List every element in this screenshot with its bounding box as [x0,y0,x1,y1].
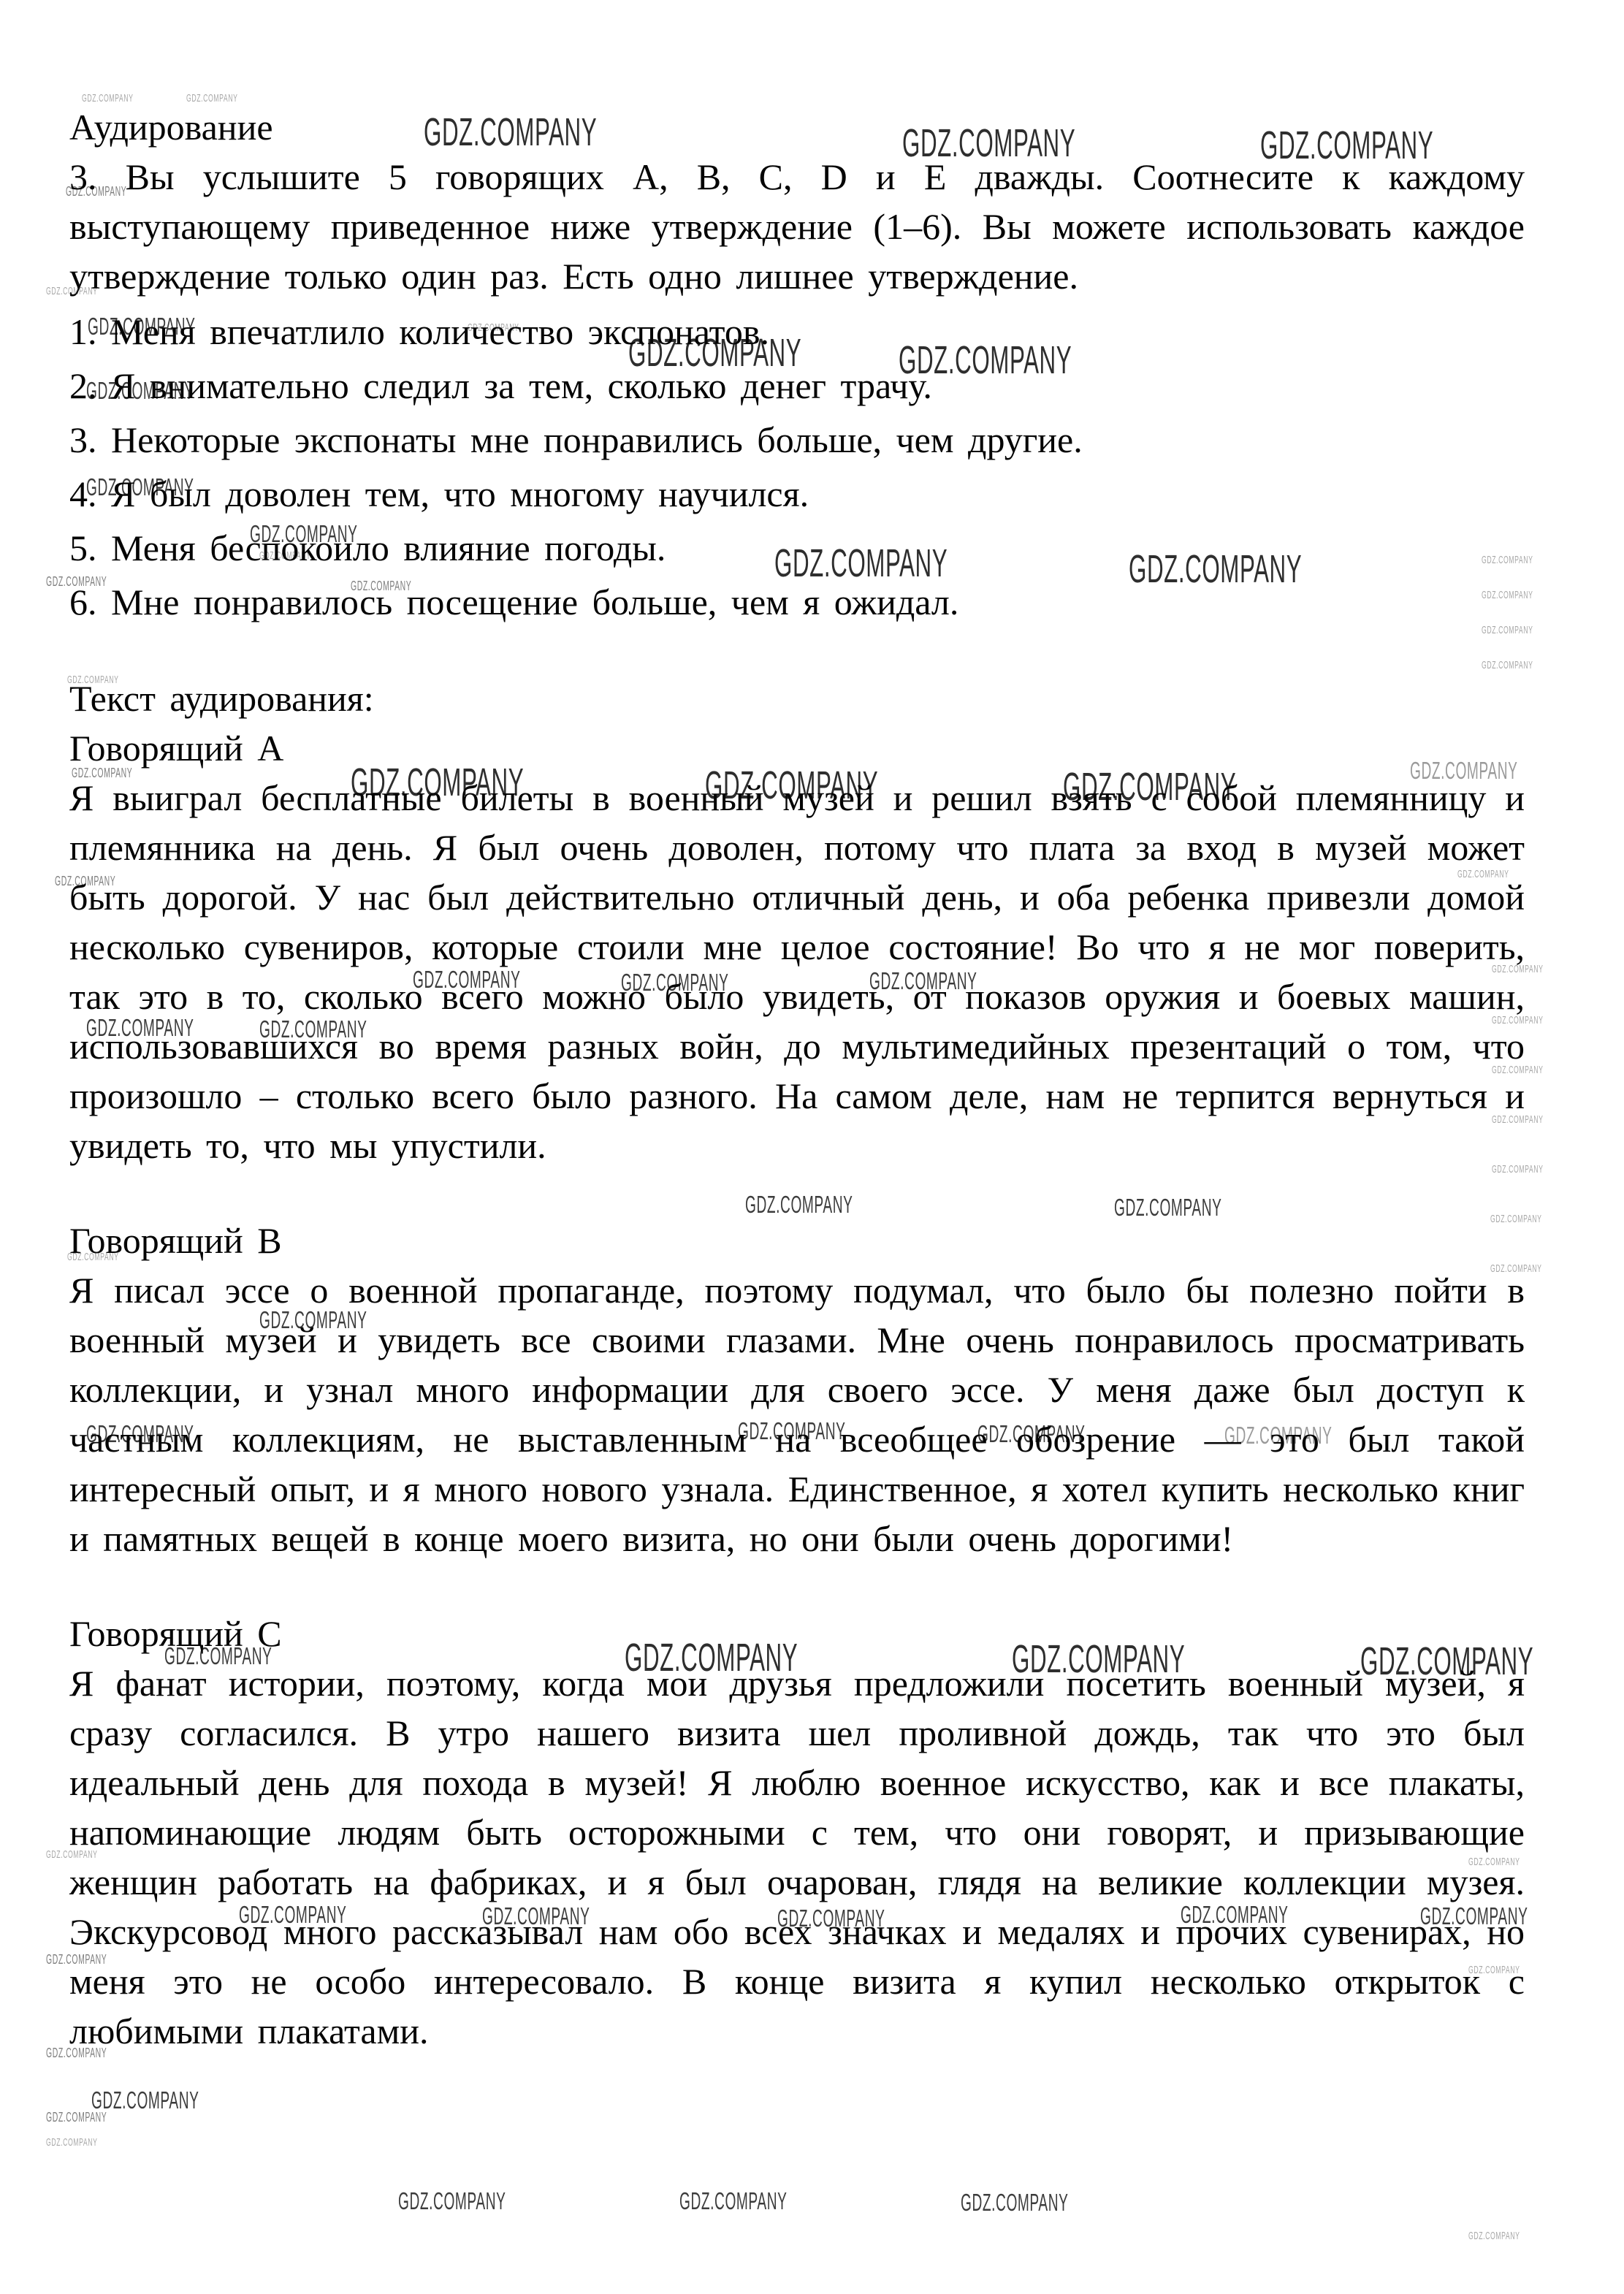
statement-item: 6. Мне понравилось посещение больше, чем… [69,577,1525,627]
statements-list: 1. Меня впечатлило количество экспонатов… [69,307,1525,627]
transcript-label: Текст аудирования: [69,674,1525,723]
gdz-watermark: GDZ.COMPANY [46,2110,107,2125]
speaker-paragraph: Я выиграл бесплатные билеты в военный му… [69,773,1525,1170]
statement-item: 5. Меня беспокоило влияние погоды. [69,523,1525,573]
gdz-watermark: GDZ.COMPANY [1468,2230,1520,2242]
speaker-paragraph: Я писал эссе о военной пропаганде, поэто… [69,1265,1525,1563]
speaker-section: Говорящий ВЯ писал эссе о военной пропаг… [69,1216,1525,1563]
speaker-section: Говорящий АЯ выиграл бесплатные билеты в… [69,723,1525,1170]
document-page: Аудирование 3. Вы услышите 5 говорящих А… [0,0,1624,2294]
statement-item: 4. Я был доволен тем, что многому научил… [69,469,1525,519]
transcript-speakers: Говорящий АЯ выиграл бесплатные билеты в… [69,723,1525,2056]
speaker-heading: Говорящий С [69,1609,1525,1658]
speaker-heading: Говорящий В [69,1216,1525,1265]
statement-item: 1. Меня впечатлило количество экспонатов… [69,307,1525,357]
speaker-heading: Говорящий А [69,723,1525,773]
speaker-section: Говорящий СЯ фанат истории, поэтому, ког… [69,1609,1525,2056]
task-text: 3. Вы услышите 5 говорящих А, В, С, D и … [69,152,1525,301]
gdz-watermark: GDZ.COMPANY [46,2136,98,2149]
gdz-watermark: GDZ.COMPANY [398,2187,506,2215]
gdz-watermark: GDZ.COMPANY [961,2189,1068,2217]
statement-item: 2. Я внимательно следил за тем, сколько … [69,361,1525,411]
gdz-watermark: GDZ.COMPANY [679,2187,787,2215]
speaker-paragraph: Я фанат истории, поэтому, когда мои друз… [69,1658,1525,2056]
gdz-watermark: GDZ.COMPANY [91,2087,199,2114]
statement-item: 3. Некоторые экспонаты мне понравились б… [69,415,1525,465]
page-title: Аудирование [69,102,1525,152]
document-content: Аудирование 3. Вы услышите 5 говорящих А… [69,102,1525,2056]
